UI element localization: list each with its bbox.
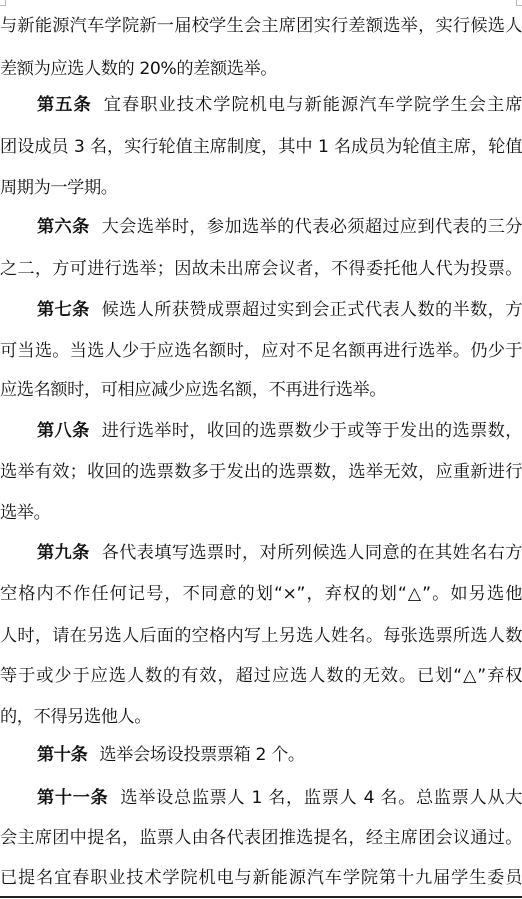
article-heading-line: 第十一条选举设总监票人 1 名，监票人 4 名。总监票人从大 <box>0 778 522 819</box>
line-text: 应选名额时，可相应减少应选名额，不再进行选举。 <box>0 380 386 400</box>
article-number: 第五条 <box>37 95 92 115</box>
body-text-line: 人时，请在另选人后面的空格内写上另选人姓名。每张选票所选人数 <box>0 616 522 657</box>
body-text-line: 选举有效；收回的选票数多于发出的选票数，选举无效，应重新进行 <box>0 452 522 493</box>
line-text: 选举会场设投票票箱 2 个。 <box>99 745 304 765</box>
body-text-line: 的，不得另选他人。 <box>0 697 522 738</box>
article-heading-line: 第六条大会选举时，参加选举的代表必须超过应到代表的三分 <box>0 207 522 248</box>
line-text: 周期为一学期。 <box>0 178 118 198</box>
body-text-line: 空格内不作任何记号，不同意的划“×”，弃权的划“△”。如另选他 <box>0 574 522 615</box>
article-number: 第八条 <box>37 421 90 441</box>
article-number: 第十条 <box>37 745 87 765</box>
line-text: 空格内不作任何记号，不同意的划“×”，弃权的划“△”。如另选他 <box>0 584 522 604</box>
body-text-line: 已提名宜春职业技术学院机电与新能源汽车学院第十九届学生委员 <box>0 858 522 899</box>
article-heading-line: 第五条宜春职业技术学院机电与新能源汽车学院学生会主席 <box>0 85 522 126</box>
body-text-line: 差额为应选人数的 20%的差额选举。 <box>0 49 522 90</box>
article-number: 第六条 <box>37 217 90 237</box>
body-text-line: 可当选。当选人少于应选名额时，应对不足名额再进行选举。仍少于 <box>0 331 522 372</box>
body-text-line: 应选名额时，可相应减少应选名额，不再进行选举。 <box>0 370 522 411</box>
line-text: 会主席团中提名，监票人由各代表团推选提名，经主席团会议通过。 <box>0 828 522 848</box>
article-heading-line: 第九条各代表填写选票时，对所列候选人同意的在其姓名右方 <box>0 533 522 574</box>
article-number: 第七条 <box>37 300 90 320</box>
line-text: 团设成员 3 名，实行轮值主席制度，其中 1 名成员为轮值主席，轮值 <box>0 137 522 157</box>
line-text: 选举设总监票人 1 名，监票人 4 名。总监票人从大 <box>120 788 522 808</box>
line-text: 选举有效；收回的选票数多于发出的选票数，选举无效，应重新进行 <box>0 462 522 482</box>
line-text: 宜春职业技术学院机电与新能源汽车学院学生会主席 <box>104 95 522 115</box>
body-text-line: 等于或少于应选人数的有效，超过应选人数的无效。已划“△”弃权 <box>0 656 522 697</box>
article-heading-line: 第十条选举会场设投票票箱 2 个。 <box>0 735 522 776</box>
body-text-line: 之二，方可进行选举；因故未出席会议者，不得委托他人代为投票。 <box>0 249 522 290</box>
body-text-line: 与新能源汽车学院新一届校学生会主席团实行差额选举，实行候选人 <box>0 6 522 47</box>
line-text: 之二，方可进行选举；因故未出席会议者，不得委托他人代为投票。 <box>0 259 522 279</box>
line-text: 与新能源汽车学院新一届校学生会主席团实行差额选举，实行候选人 <box>0 16 522 36</box>
article-heading-line: 第八条进行选举时，收回的选票数少于或等于发出的选票数， <box>0 411 522 452</box>
article-number: 第九条 <box>37 543 90 563</box>
body-text-line: 周期为一学期。 <box>0 168 522 209</box>
article-number: 第十一条 <box>37 788 108 808</box>
line-text: 的，不得另选他人。 <box>0 707 151 727</box>
body-text-line: 团设成员 3 名，实行轮值主席制度，其中 1 名成员为轮值主席，轮值 <box>0 127 522 168</box>
line-text: 进行选举时，收回的选票数少于或等于发出的选票数， <box>102 421 522 441</box>
line-text: 各代表填写选票时，对所列候选人同意的在其姓名右方 <box>102 543 522 563</box>
article-heading-line: 第七条候选人所获赞成票超过实到会正式代表人数的半数，方 <box>0 290 522 331</box>
line-text: 可当选。当选人少于应选名额时，应对不足名额再进行选举。仍少于 <box>0 341 522 361</box>
line-text: 差额为应选人数的 20%的差额选举。 <box>0 59 277 79</box>
page-bottom-border <box>0 896 522 898</box>
line-text: 等于或少于应选人数的有效，超过应选人数的无效。已划“△”弃权 <box>0 666 522 686</box>
body-text-line: 选举。 <box>0 493 522 534</box>
body-text-line: 会主席团中提名，监票人由各代表团推选提名，经主席团会议通过。 <box>0 818 522 859</box>
line-text: 人时，请在另选人后面的空格内写上另选人姓名。每张选票所选人数 <box>0 626 522 646</box>
line-text: 选举。 <box>0 503 50 523</box>
line-text: 候选人所获赞成票超过实到会正式代表人数的半数，方 <box>102 300 522 320</box>
line-text: 大会选举时，参加选举的代表必须超过应到代表的三分 <box>102 217 522 237</box>
line-text: 已提名宜春职业技术学院机电与新能源汽车学院第十九届学生委员 <box>0 868 522 888</box>
